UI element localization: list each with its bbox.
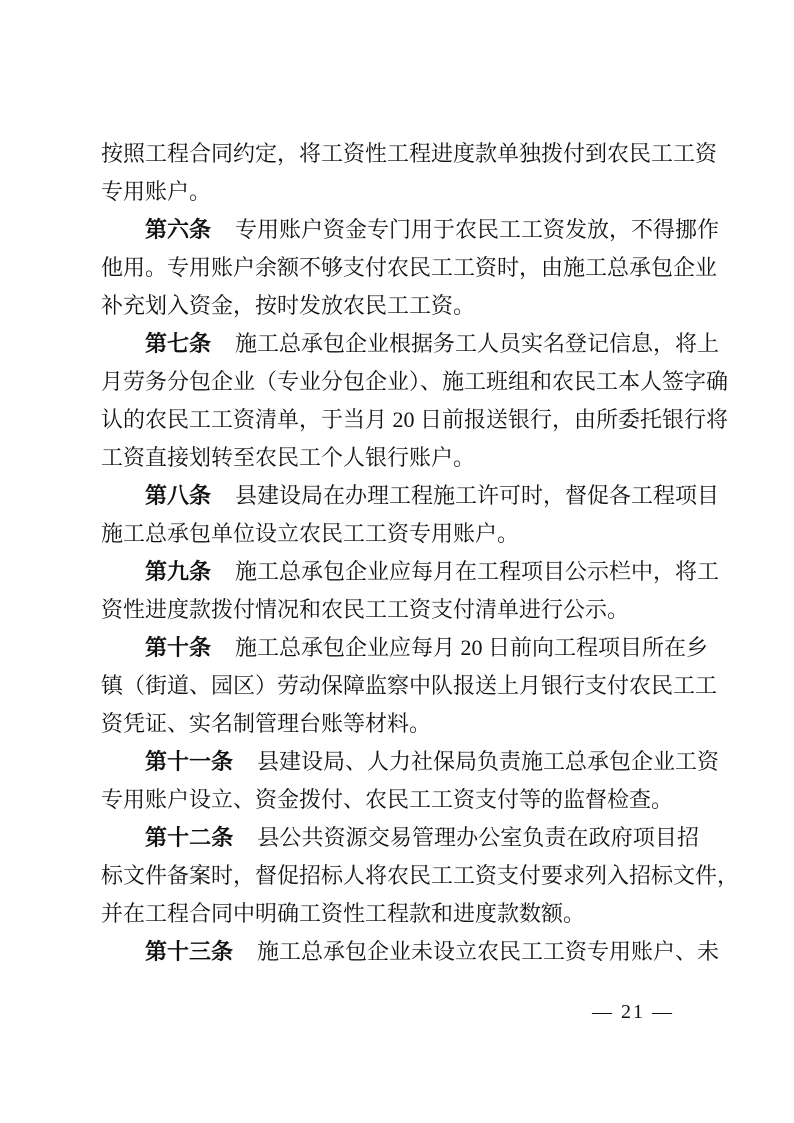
text-line: 资凭证、实名制管理台账等材料。: [101, 705, 699, 743]
text-line: 他用。专用账户余额不够支付农民工工资时，由施工总承包企业: [101, 249, 699, 287]
document-body: 按照工程合同约定，将工资性工程进度款单独拨付到农民工工资 专用账户。 第六条专用…: [101, 135, 699, 971]
line-text: 他用。专用账户余额不够支付农民工工资时，由施工总承包企业: [101, 255, 717, 280]
line-text: 按照工程合同约定，将工资性工程进度款单独拨付到农民工工资: [101, 141, 717, 166]
line-text: 县建设局在办理工程施工许可时，督促各工程项目: [235, 483, 719, 508]
document-page: 按照工程合同约定，将工资性工程进度款单独拨付到农民工工资 专用账户。 第六条专用…: [0, 0, 794, 1123]
article-7-heading-line: 第七条施工总承包企业根据务工人员实名登记信息，将上: [101, 325, 699, 363]
line-text: 资性进度款拨付情况和农民工工资支付清单进行公示。: [101, 597, 629, 622]
article-12-heading-line: 第十二条县公共资源交易管理办公室负责在政府项目招: [101, 819, 699, 857]
text-line: 并在工程合同中明确工资性工程款和进度款数额。: [101, 895, 699, 933]
article-10-heading-line: 第十条施工总承包企业应每月 20 日前向工程项目所在乡: [101, 629, 699, 667]
line-text: 资凭证、实名制管理台账等材料。: [101, 711, 431, 736]
article-9-heading-line: 第九条施工总承包企业应每月在工程项目公示栏中，将工: [101, 553, 699, 591]
article-6-heading-line: 第六条专用账户资金专门用于农民工工资发放，不得挪作: [101, 211, 699, 249]
line-text: 专用账户资金专门用于农民工工资发放，不得挪作: [235, 217, 719, 242]
line-text: 镇（街道、园区）劳动保障监察中队报送上月银行支付农民工工: [101, 673, 717, 698]
text-line: 认的农民工工资清单，于当月 20 日前报送银行，由所委托银行将: [101, 401, 699, 439]
text-line: 工资直接划转至农民工个人银行账户。: [101, 439, 699, 477]
article-number: 第十二条: [145, 825, 233, 850]
line-text: 施工总承包企业未设立农民工工资专用账户、未: [257, 939, 719, 964]
text-line: 镇（街道、园区）劳动保障监察中队报送上月银行支付农民工工: [101, 667, 699, 705]
line-text: 施工总承包单位设立农民工工资专用账户。: [101, 521, 519, 546]
article-number: 第九条: [145, 559, 211, 584]
article-11-heading-line: 第十一条县建设局、人力社保局负责施工总承包企业工资: [101, 743, 699, 781]
text-line: 补充划入资金，按时发放农民工工资。: [101, 287, 699, 325]
line-text: 施工总承包企业根据务工人员实名登记信息，将上: [235, 331, 719, 356]
text-line: 按照工程合同约定，将工资性工程进度款单独拨付到农民工工资: [101, 135, 699, 173]
line-text: 工资直接划转至农民工个人银行账户。: [101, 445, 475, 470]
article-number: 第六条: [145, 217, 211, 242]
text-line: 施工总承包单位设立农民工工资专用账户。: [101, 515, 699, 553]
line-text: 并在工程合同中明确工资性工程款和进度款数额。: [101, 901, 585, 926]
article-13-heading-line: 第十三条施工总承包企业未设立农民工工资专用账户、未: [101, 933, 699, 971]
text-line: 资性进度款拨付情况和农民工工资支付清单进行公示。: [101, 591, 699, 629]
article-number: 第七条: [145, 331, 211, 356]
article-8-heading-line: 第八条县建设局在办理工程施工许可时，督促各工程项目: [101, 477, 699, 515]
line-text: 县公共资源交易管理办公室负责在政府项目招: [257, 825, 699, 850]
line-text: 专用账户。: [101, 179, 211, 204]
line-text: 月劳务分包企业（专业分包企业）、施工班组和农民工本人签字确: [101, 369, 728, 394]
text-line: 月劳务分包企业（专业分包企业）、施工班组和农民工本人签字确: [101, 363, 699, 401]
article-number: 第十三条: [145, 939, 233, 964]
page-number: — 21 —: [563, 1001, 703, 1024]
line-text: 补充划入资金，按时发放农民工工资。: [101, 293, 475, 318]
article-number: 第十条: [145, 635, 211, 660]
line-text: 标文件备案时，督促招标人将农民工工资支付要求列入招标文件，: [101, 863, 739, 888]
line-text: 施工总承包企业应每月在工程项目公示栏中，将工: [235, 559, 719, 584]
text-line: 专用账户设立、资金拨付、农民工工资支付等的监督检查。: [101, 781, 699, 819]
line-text: 认的农民工工资清单，于当月 20 日前报送银行，由所委托银行将: [101, 407, 728, 432]
text-line: 标文件备案时，督促招标人将农民工工资支付要求列入招标文件，: [101, 857, 699, 895]
line-text: 专用账户设立、资金拨付、农民工工资支付等的监督检查。: [101, 787, 673, 812]
article-number: 第八条: [145, 483, 211, 508]
line-text: 县建设局、人力社保局负责施工总承包企业工资: [257, 749, 719, 774]
line-text: 施工总承包企业应每月 20 日前向工程项目所在乡: [235, 635, 708, 660]
article-number: 第十一条: [145, 749, 233, 774]
text-line: 专用账户。: [101, 173, 699, 211]
